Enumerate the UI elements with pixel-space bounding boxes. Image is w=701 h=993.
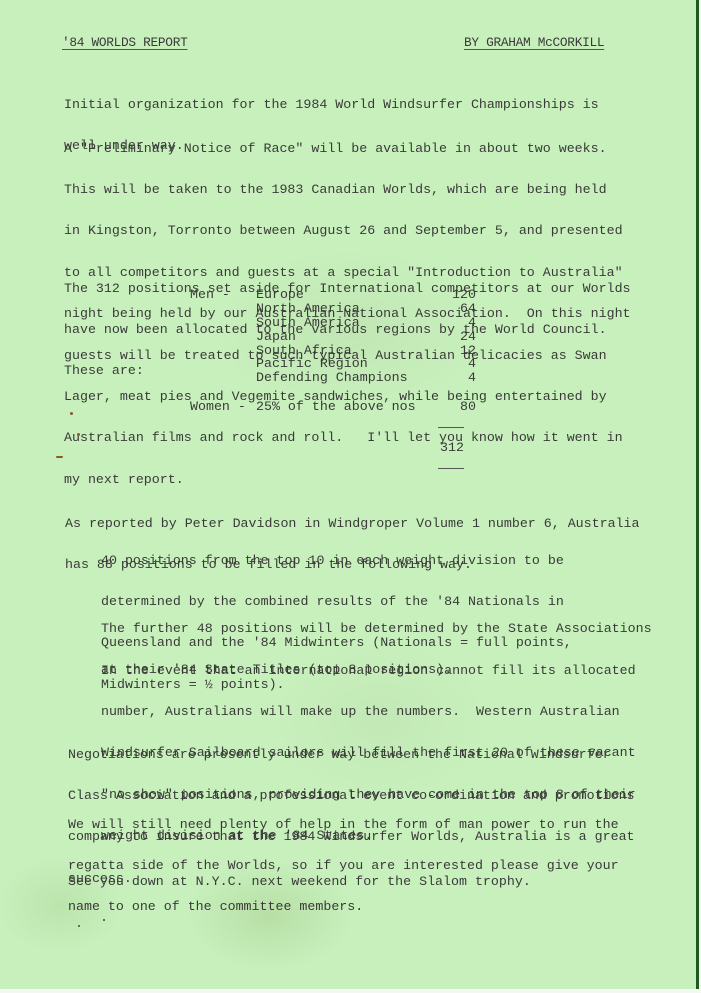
sum-rule-top [438,427,464,428]
report-title: '84 WORLDS REPORT [62,36,187,50]
allocation-table: Men - Europe 120 North America 64 South … [190,288,476,385]
paper-stain [70,412,73,415]
sum-rule-bottom [438,468,464,469]
paper-speck [103,919,105,921]
paper-speck [78,925,80,927]
allocation-row: Japan 24 [190,330,476,344]
allocation-total: 312 [430,441,464,455]
paragraph-closing: See you down at N.Y.C. next weekend for … [68,847,531,916]
women-label: Women - [190,400,256,414]
allocation-row: North America 64 [190,302,476,316]
scan-edge-bottom [0,989,701,993]
men-label: Men - [190,288,256,302]
byline: BY GRAHAM McCORKILL [464,36,604,50]
document-page: '84 WORLDS REPORT BY GRAHAM McCORKILL In… [0,0,699,990]
allocation-row: Defending Champions 4 [190,371,476,385]
allocation-row: Pacific Region 4 [190,357,476,371]
women-allocation-row: Women - 25% of the above nos 80 [190,400,476,414]
women-positions: 80 [442,400,476,414]
women-description: 25% of the above nos [256,400,442,414]
allocation-row: Men - Europe 120 [190,288,476,302]
paper-stain [77,433,80,436]
paper-stain [56,456,63,458]
allocation-row: South America 4 [190,316,476,330]
allocation-row: South Africa 12 [190,344,476,358]
